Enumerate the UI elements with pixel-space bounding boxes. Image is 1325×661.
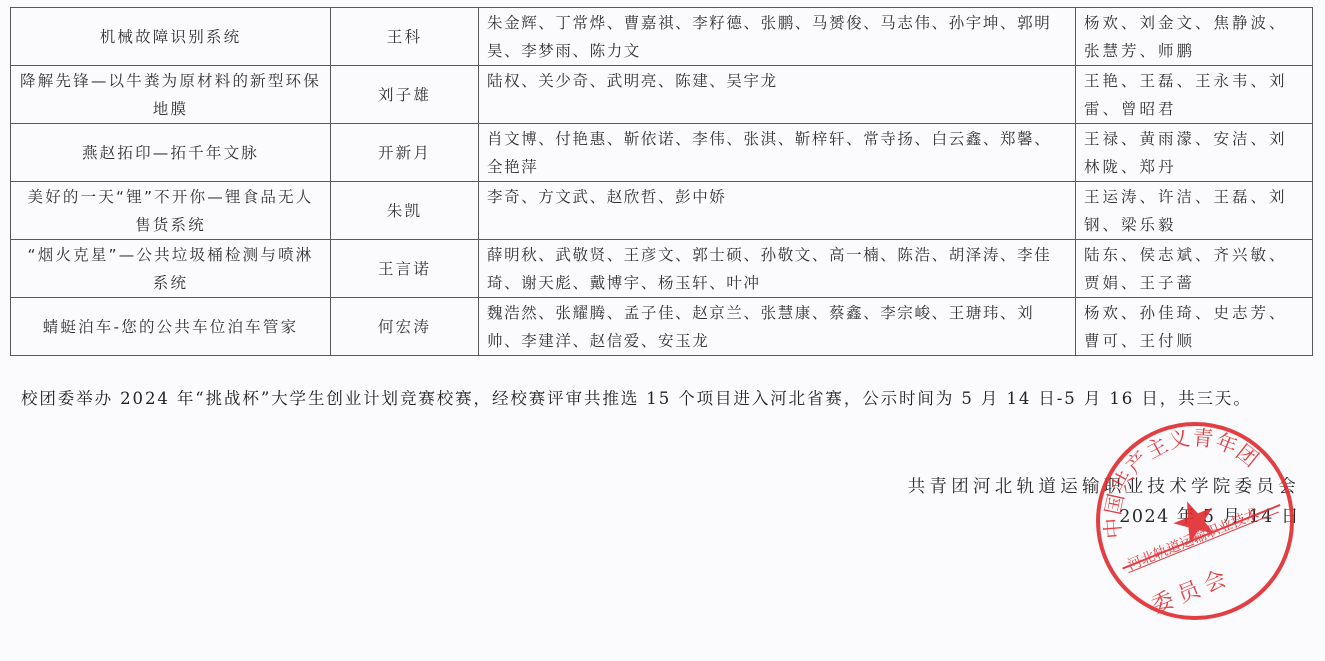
advisors: 王禄、黄雨濛、安洁、刘林陇、郑丹 [1076, 124, 1313, 182]
project-name: 美好的一天“锂”不开你—锂食品无人售货系统 [11, 182, 331, 240]
table-row: 机械故障识别系统 王科 朱金辉、丁常烨、曹嘉祺、李籽德、张鹏、马赟俊、马志伟、孙… [11, 8, 1313, 66]
team-members: 魏浩然、张耀腾、孟子佳、赵京兰、张慧康、蔡鑫、李宗峻、王瑭玮、刘帅、李建洋、赵信… [479, 298, 1076, 356]
table-row: 美好的一天“锂”不开你—锂食品无人售货系统 朱凯 李奇、方文武、赵欣哲、彭中娇 … [11, 182, 1313, 240]
project-name: “烟火克星”—公共垃圾桶检测与喷淋系统 [11, 240, 331, 298]
notice-paragraph: 校团委举办 2024 年“挑战杯”大学生创业计划竞赛校赛，经校赛评审共推选 15… [21, 384, 1311, 414]
table-row: 燕赵拓印—拓千年文脉 开新月 肖文博、付艳惠、靳依诺、李伟、张淇、靳梓轩、常寺扬… [11, 124, 1313, 182]
project-leader: 刘子雄 [331, 66, 479, 124]
project-leader: 朱凯 [331, 182, 479, 240]
project-leader: 何宏涛 [331, 298, 479, 356]
advisors: 王运涛、许洁、王磊、刘钢、梁乐毅 [1076, 182, 1313, 240]
advisors: 王艳、王磊、王永韦、刘雷、曾昭君 [1076, 66, 1313, 124]
team-members: 薛明秋、武敬贤、王彦文、郭士硕、孙敬文、高一楠、陈浩、胡泽涛、李佳琦、谢天彪、戴… [479, 240, 1076, 298]
signature-organization: 共青团河北轨道运输职业技术学院委员会 [908, 473, 1300, 498]
seal-bottom-text: 委员会 [1148, 564, 1235, 619]
team-members: 陆权、关少奇、武明亮、陈建、吴宇龙 [479, 66, 1076, 124]
project-leader: 王科 [331, 8, 479, 66]
table-row: “烟火克星”—公共垃圾桶检测与喷淋系统 王言诺 薛明秋、武敬贤、王彦文、郭士硕、… [11, 240, 1313, 298]
table-row: 降解先锋—以牛粪为原材料的新型环保地膜 刘子雄 陆权、关少奇、武明亮、陈建、吴宇… [11, 66, 1313, 124]
team-members: 李奇、方文武、赵欣哲、彭中娇 [479, 182, 1076, 240]
project-name: 蜻蜓泊车-您的公共车位泊车管家 [11, 298, 331, 356]
project-leader: 王言诺 [331, 240, 479, 298]
signature-date: 2024 年 5 月 14 日 [1119, 503, 1300, 528]
project-leader: 开新月 [331, 124, 479, 182]
project-table: 机械故障识别系统 王科 朱金辉、丁常烨、曹嘉祺、李籽德、张鹏、马赟俊、马志伟、孙… [10, 7, 1313, 356]
team-members: 肖文博、付艳惠、靳依诺、李伟、张淇、靳梓轩、常寺扬、白云鑫、郑馨、全艳萍 [479, 124, 1076, 182]
table-row: 蜻蜓泊车-您的公共车位泊车管家 何宏涛 魏浩然、张耀腾、孟子佳、赵京兰、张慧康、… [11, 298, 1313, 356]
project-name: 降解先锋—以牛粪为原材料的新型环保地膜 [11, 66, 331, 124]
advisors: 杨欢、刘金文、焦静波、张慧芳、师鹏 [1076, 8, 1313, 66]
team-members: 朱金辉、丁常烨、曹嘉祺、李籽德、张鹏、马赟俊、马志伟、孙宇坤、郭明昊、李梦雨、陈… [479, 8, 1076, 66]
project-name: 机械故障识别系统 [11, 8, 331, 66]
advisors: 杨欢、孙佳琦、史志芳、曹可、王付顺 [1076, 298, 1313, 356]
advisors: 陆东、侯志斌、齐兴敏、贾娟、王子蔷 [1076, 240, 1313, 298]
project-name: 燕赵拓印—拓千年文脉 [11, 124, 331, 182]
